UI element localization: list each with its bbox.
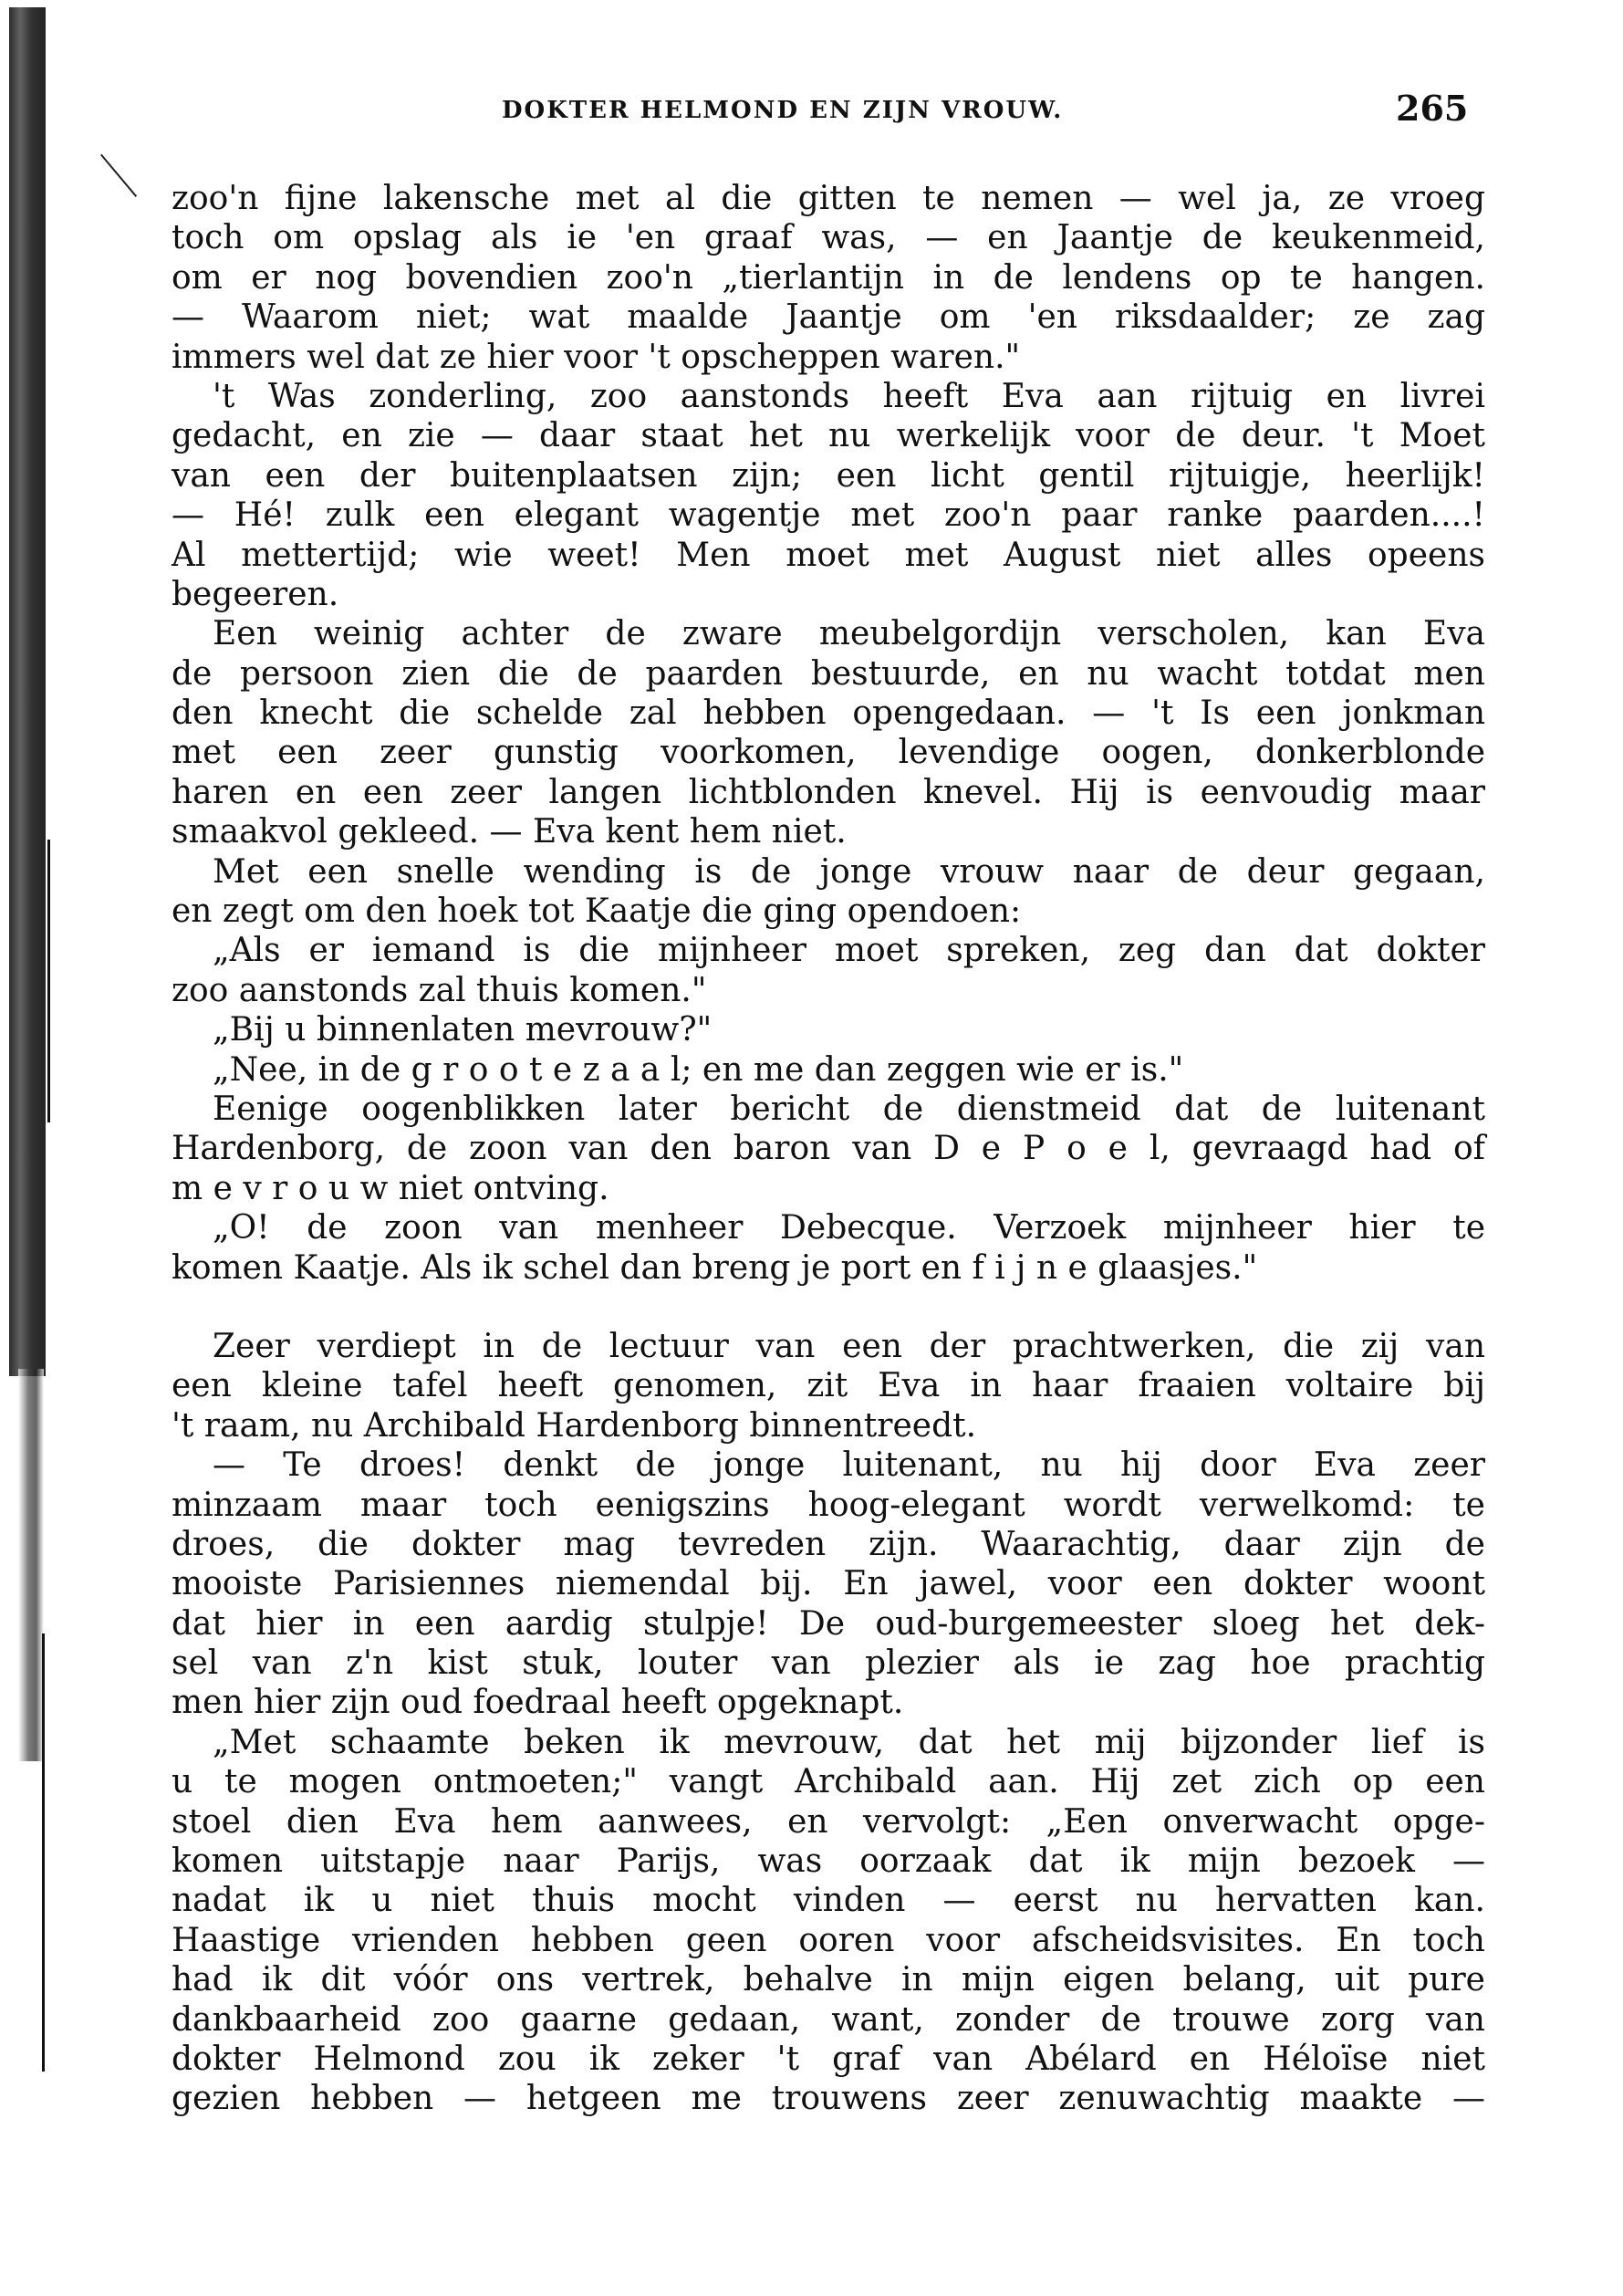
text-line: komen uitstapje naar Parijs, was oorzaak…: [172, 1842, 1485, 1881]
text-line: „Nee, in de g r o o t e z a a l; en me d…: [172, 1050, 1485, 1090]
text-line: een kleine tafel heeft genomen, zit Eva …: [172, 1366, 1485, 1405]
gutter-thin-line: [47, 840, 50, 1122]
text-line: de persoon zien die de paarden bestuurde…: [172, 654, 1485, 694]
gutter-dark-band: [9, 7, 46, 1376]
text-section-1: zoo'n fijne lakensche met al die gitten …: [172, 179, 1485, 1288]
section-break: [172, 1288, 1485, 1327]
gutter-mid-band: [18, 1369, 44, 1761]
text-line: mooiste Parisiennes niemendal bij. En ja…: [172, 1564, 1485, 1603]
text-line: Zeer verdiept in de lectuur van een der …: [172, 1327, 1485, 1366]
text-line: 't Was zonderling, zoo aanstonds heeft E…: [172, 377, 1485, 416]
text-line: — Te droes! denkt de jonge luitenant, nu…: [172, 1445, 1485, 1485]
book-page: DOKTER HELMOND EN ZIJN VROUW. 265 zoo'n …: [0, 0, 1623, 2296]
text-line: haren en een zeer langen lichtblonden kn…: [172, 773, 1485, 812]
text-line: den knecht die schelde zal hebben openge…: [172, 694, 1485, 733]
text-line: sel van z'n kist stuk, louter van plezie…: [172, 1644, 1485, 1683]
text-line: toch om opslag als ie 'en graaf was, — e…: [172, 218, 1485, 257]
text-line: „Met schaamte beken ik mevrouw, dat het …: [172, 1723, 1485, 1762]
page-number: 265: [1396, 88, 1468, 129]
text-line: stoel dien Eva hem aanwees, en vervolgt:…: [172, 1802, 1485, 1842]
text-line: immers wel dat ze hier voor 't opscheppe…: [172, 338, 1485, 377]
text-line: — Hé! zulk een elegant wagentje met zoo'…: [172, 496, 1485, 535]
text-section-2: Zeer verdiept in de lectuur van een der …: [172, 1327, 1485, 2119]
text-line: en zegt om den hoek tot Kaatje die ging …: [172, 892, 1485, 931]
text-line: „O! de zoon van menheer Debecque. Verzoe…: [172, 1208, 1485, 1247]
text-line: met een zeer gunstig voorkomen, levendig…: [172, 733, 1485, 772]
text-line: dokter Helmond zou ik zeker 't graf van …: [172, 2040, 1485, 2079]
text-line: „Bij u binnenlaten mevrouw?": [172, 1010, 1485, 1049]
text-line: begeeren.: [172, 575, 1485, 614]
text-line: — Waarom niet; wat maalde Jaantje om 'en…: [172, 297, 1485, 337]
running-header: DOKTER HELMOND EN ZIJN VROUW. 265: [493, 88, 1551, 133]
text-line: dankbaarheid zoo gaarne gedaan, want, zo…: [172, 2000, 1485, 2040]
text-line: gezien hebben — hetgeen me trouwens zeer…: [172, 2079, 1485, 2118]
text-line: Hardenborg, de zoon van den baron van D …: [172, 1129, 1485, 1168]
body-text: zoo'n fijne lakensche met al die gitten …: [172, 179, 1485, 2119]
text-line: 't raam, nu Archibald Hardenborg binnent…: [172, 1406, 1485, 1445]
text-line: droes, die dokter mag tevreden zijn. Waa…: [172, 1525, 1485, 1564]
text-line: had ik dit vóór ons vertrek, behalve in …: [172, 1960, 1485, 1999]
text-line: dat hier in een aardig stulpje! De oud-b…: [172, 1604, 1485, 1644]
text-line: Een weinig achter de zware meubelgordijn…: [172, 614, 1485, 653]
text-line: Eenige oogenblikken later bericht de die…: [172, 1090, 1485, 1129]
text-line: smaakvol gekleed. — Eva kent hem niet.: [172, 812, 1485, 851]
text-line: Al mettertijd; wie weet! Men moet met Au…: [172, 536, 1485, 575]
text-line: u te mogen ontmoeten;" vangt Archibald a…: [172, 1762, 1485, 1801]
text-line: Met een snelle wending is de jonge vrouw…: [172, 852, 1485, 892]
text-line: gedacht, en zie — daar staat het nu werk…: [172, 416, 1485, 455]
text-line: zoo'n fijne lakensche met al die gitten …: [172, 179, 1485, 218]
text-line: nadat ik u niet thuis mocht vinden — eer…: [172, 1881, 1485, 1920]
pen-mark-icon: [100, 119, 179, 197]
text-line: minzaam maar toch eenigszins hoog-elegan…: [172, 1486, 1485, 1525]
scan-gutter-shadow: [0, 0, 55, 2296]
running-title: DOKTER HELMOND EN ZIJN VROUW.: [502, 97, 1063, 124]
text-line: men hier zijn oud foedraal heeft opgekna…: [172, 1683, 1485, 1722]
text-line: komen Kaatje. Als ik schel dan breng je …: [172, 1248, 1485, 1288]
text-line: Haastige vrienden hebben geen ooren voor…: [172, 1921, 1485, 1960]
gutter-edge-line: [42, 1633, 45, 2072]
text-line: van een der buitenplaatsen zijn; een lic…: [172, 456, 1485, 496]
text-line: om er nog bovendien zoo'n „tierlantijn i…: [172, 258, 1485, 297]
text-line: zoo aanstonds zal thuis komen.": [172, 971, 1485, 1010]
text-line: m e v r o u w niet ontving.: [172, 1169, 1485, 1208]
text-line: „Als er iemand is die mijnheer moet spre…: [172, 931, 1485, 970]
